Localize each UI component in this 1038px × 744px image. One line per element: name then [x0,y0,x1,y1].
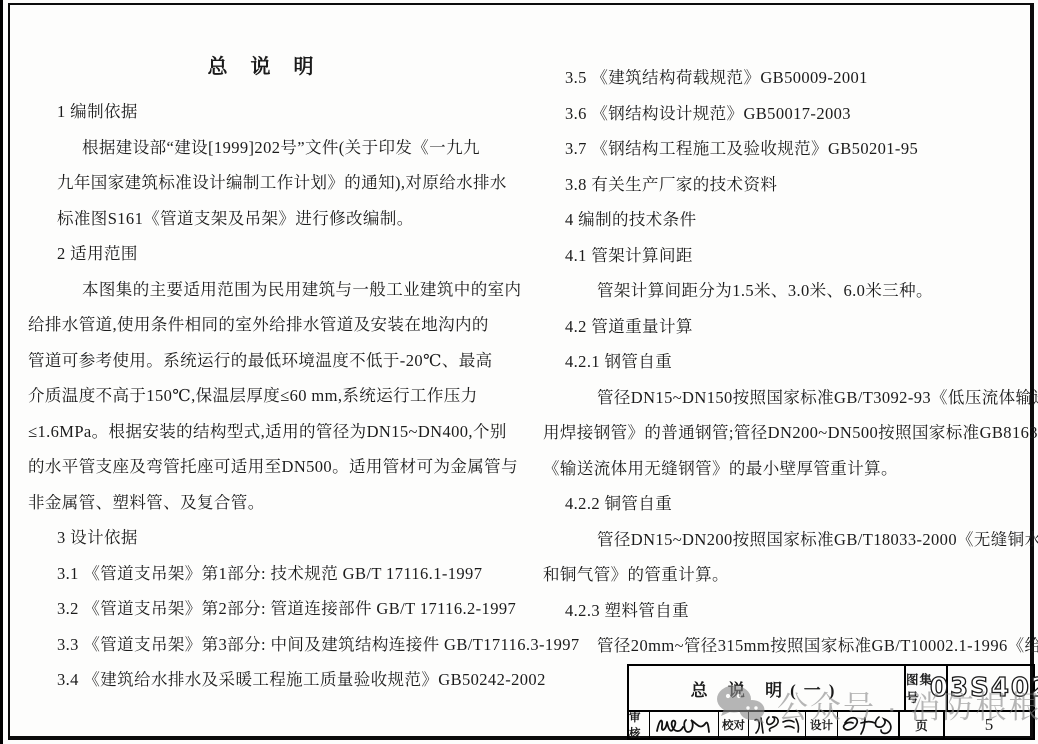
section-2-heading: 2 适用范围 [28,236,518,272]
title-block-row-2: 审核 校对 设计 页 5 [629,712,1033,738]
reference-item: 3.5 《建筑结构荷载规范》GB50009-2001 [543,60,1025,96]
reference-item: 3.1 《管道支吊架》第1部分: 技术规范 GB/T 17116.1-1997 [28,556,518,592]
reference-item: 3.7 《钢结构工程施工及验收规范》GB50201-95 [543,131,1025,167]
reference-item: 3.8 有关生产厂家的技术资料 [543,167,1025,203]
reference-item: 3.2 《管道支吊架》第2部分: 管道连接部件 GB/T 17116.2-199… [28,591,518,627]
section-3-heading: 3 设计依据 [28,520,518,556]
text-line: 管径DN15~DN200按照国家标准GB/T18033-2000《无缝铜水管 [543,522,1025,558]
reviewer-signature [650,712,719,738]
text-line: 管架计算间距分为1.5米、3.0米、6.0米三种。 [543,273,1025,309]
designer-label: 设计 [806,712,838,738]
sheet-left-edge [0,0,3,744]
text-line: 管道可参考使用。系统运行的最低环境温度不低于-20℃、最高 [28,343,518,379]
title-block: 总 说 明(一) 图集号 03S402 审核 校对 设计 [627,664,1035,740]
page-title: 总 说 明 [30,50,500,79]
text-line: 标准图S161《管道支架及吊架》进行修改编制。 [28,201,518,237]
atlas-number: 03S402 [948,666,1033,710]
section-4-2-heading: 4.2 管道重量计算 [543,309,1025,345]
reference-item: 3.3 《管道支吊架》第3部分: 中间及建筑结构连接件 GB/T17116.3-… [28,627,518,663]
text-line: ≤1.6MPa。根据安装的结构型式,适用的管径为DN15~DN400,个别 [28,414,518,450]
section-4-1-heading: 4.1 管架计算间距 [543,238,1025,274]
text-line: 的水平管支座及弯管托座可适用至DN500。适用管材可为金属管与 [28,449,518,485]
text-line: 和铜气管》的管重计算。 [543,557,1025,593]
designer-signature [838,712,900,738]
checker-signature [749,712,806,738]
section-4-2-3-heading: 4.2.3 塑料管自重 [543,593,1025,629]
checker-label: 校对 [719,712,749,738]
left-text-column: 1 编制依据 根据建设部“建设[1999]202号”文件(关于印发《一九九 九年… [28,94,518,698]
text-line: 九年国家建筑标准设计编制工作计划》的通知),对原给水排水 [28,165,518,201]
section-4-heading: 4 编制的技术条件 [543,202,1025,238]
page-number: 5 [945,712,1033,738]
section-4-2-2-heading: 4.2.2 铜管自重 [543,486,1025,522]
right-text-column: 3.5 《建筑结构荷载规范》GB50009-2001 3.6 《钢结构设计规范》… [543,60,1025,664]
page-label: 页 [900,712,945,738]
text-line: 介质温度不高于150℃,保温层厚度≤60 mm,系统运行工作压力 [28,378,518,414]
signature-scribble [653,714,715,736]
text-line: 根据建设部“建设[1999]202号”文件(关于印发《一九九 [28,130,518,166]
text-line: 管径DN15~DN150按照国家标准GB/T3092-93《低压流体输送 [543,380,1025,416]
section-4-2-1-heading: 4.2.1 钢管自重 [543,344,1025,380]
drawing-title: 总 说 明(一) [629,666,904,710]
text-line: 本图集的主要适用范围为民用建筑与一般工业建筑中的室内 [28,272,518,308]
text-line: 《输送流体用无缝钢管》的最小壁厚管重计算。 [543,451,1025,487]
signature-scribble [839,714,897,736]
section-1-heading: 1 编制依据 [28,94,518,130]
text-line: 用焊接钢管》的普通钢管;管径DN200~DN500按照国家标准GB8163-87 [543,415,1025,451]
reviewer-label: 审核 [629,712,650,738]
text-line: 管径20mm~管径315mm按照国家标准GB/T10002.1-1996《给水 [543,628,1025,664]
text-line: 非金属管、塑料管、及复合管。 [28,485,518,521]
text-line: 给排水管道,使用条件相同的室外给排水管道及安装在地沟内的 [28,307,518,343]
drawing-sheet: 总 说 明 1 编制依据 根据建设部“建设[1999]202号”文件(关于印发《… [0,0,1038,744]
reference-item: 3.6 《钢结构设计规范》GB50017-2003 [543,96,1025,132]
title-block-row-1: 总 说 明(一) 图集号 03S402 [629,666,1033,712]
reference-item: 3.4 《建筑给水排水及采暖工程施工质量验收规范》GB50242-2002 [28,662,518,698]
signature-scribble [751,714,803,736]
